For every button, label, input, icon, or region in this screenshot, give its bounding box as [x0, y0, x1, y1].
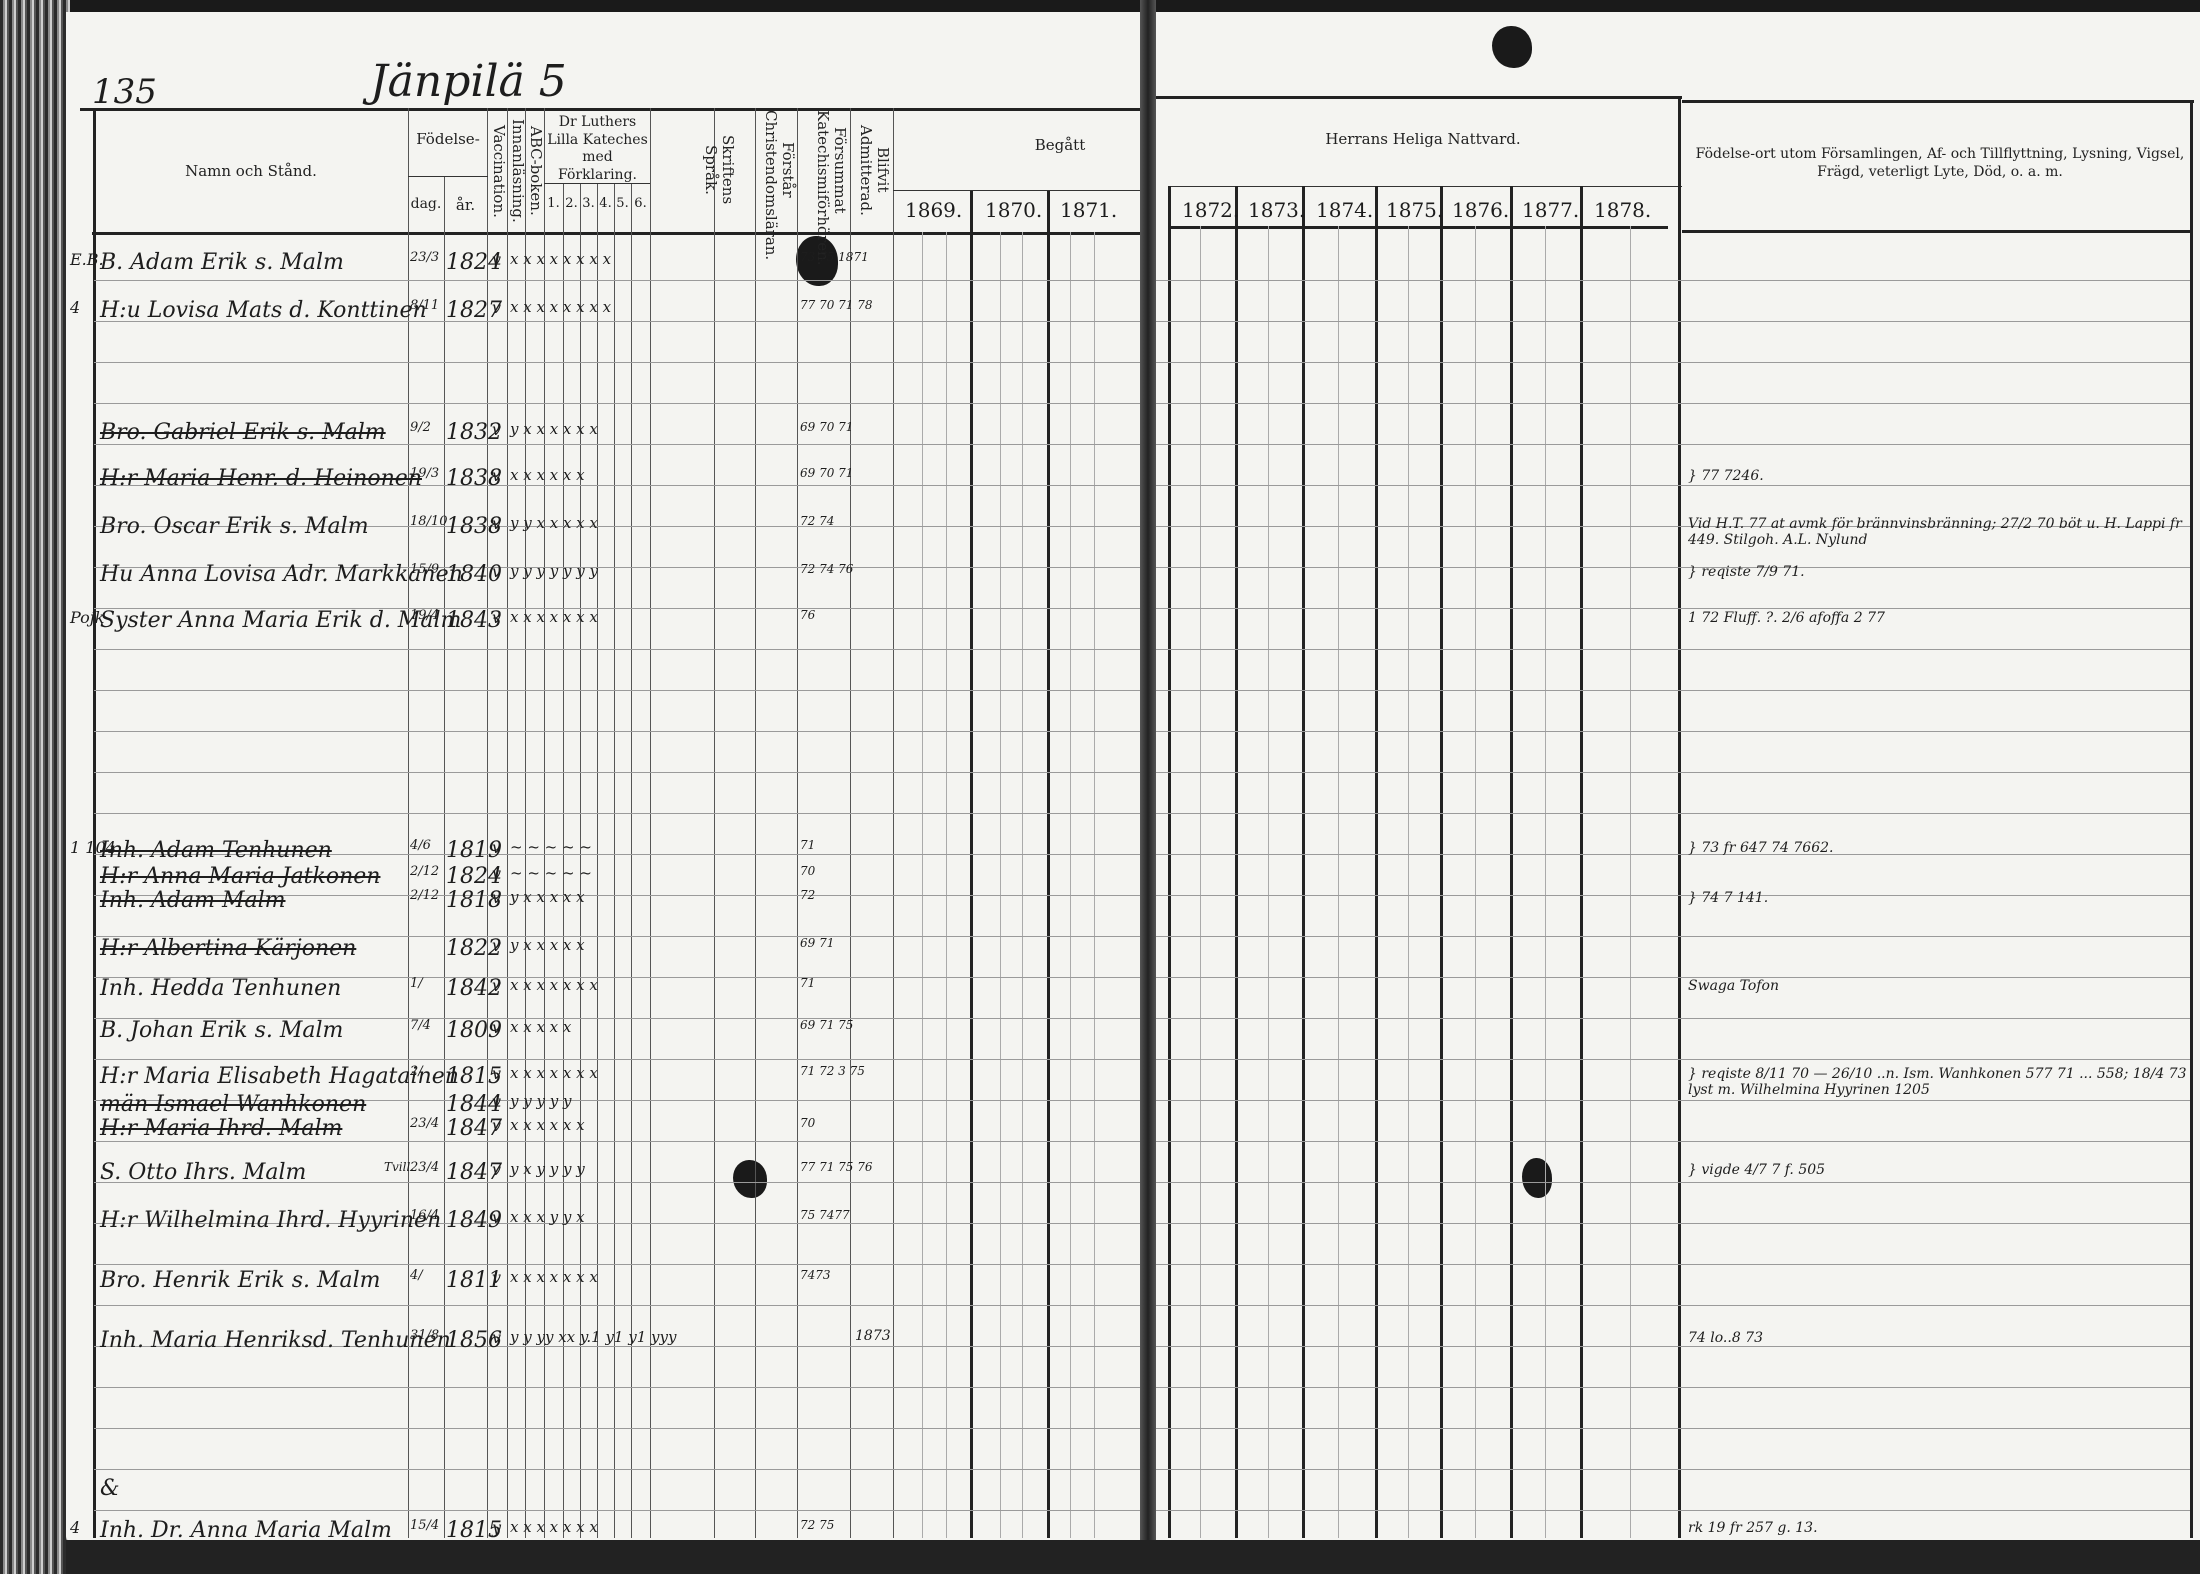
vaccination-mark: v [492, 514, 501, 533]
header-birth-day: dag. [408, 196, 444, 214]
sub-rule [408, 176, 488, 177]
header-admitted: Blifvit Admitterad. [853, 110, 891, 230]
notes-entry: Vid H.T. 77 at avmk för brännvinsbrännin… [1688, 516, 2188, 548]
catechism-marks: x x x x x x [510, 466, 585, 484]
catechism-marks: x x x x x x x [510, 1518, 598, 1536]
header-notes: Födelse-ort utom Församlingen, Af- och T… [1690, 146, 2190, 181]
vaccination-mark: v [492, 976, 501, 995]
vaccination-mark: v [492, 562, 501, 581]
year-divider [1375, 186, 1378, 1538]
year-1873: 1873. [1248, 198, 1305, 222]
catechism-marks: x x x x x x x [510, 1268, 598, 1286]
catechism-marks: ~ ~ ~ ~ ~ [510, 838, 592, 856]
row-rule [1156, 1264, 2190, 1265]
missed-hearings: 69 70 71 [800, 420, 853, 434]
row-rule [1156, 895, 2190, 896]
row-rule [1156, 567, 2190, 568]
notes-left-border [1678, 96, 1681, 1538]
catechism-marks: y y yy xx y.1 y1 y1 yyy [510, 1328, 676, 1346]
year-divider [970, 190, 973, 1538]
header-top-rule [1682, 100, 2194, 103]
notes-entry: } reqiste 8/11 70 — 26/10 ..n. Ism. Wanh… [1688, 1066, 2188, 1098]
year-1875: 1875. [1386, 198, 1443, 222]
header-bottom-rule [92, 232, 1140, 235]
missed-hearings: 71 [800, 838, 815, 852]
row-margin-note: 4 [70, 1518, 80, 1537]
header-missed: Försummat Katechismiförhören. [800, 110, 848, 230]
col-divider [850, 108, 851, 1538]
header-birth-year: år. [444, 196, 487, 215]
person-name: Inh. Hedda Tenhunen [100, 976, 341, 1001]
sub-col [1070, 232, 1071, 1538]
year-divider [1302, 186, 1305, 1538]
row-rule [1156, 403, 2190, 404]
notes-entry: } 73 fr 647 74 7662. [1688, 840, 1833, 856]
birth-day: 15/4 [410, 1518, 439, 1533]
row-rule [1156, 854, 2190, 855]
row-rule [1156, 936, 2190, 937]
notes-entry: 1 72 Fluff. ?. 2/6 afoffa 2 77 [1688, 610, 1885, 626]
row-rule [94, 649, 1140, 650]
col-divider [755, 108, 756, 1538]
person-name: Inh. Adam Malm [100, 888, 286, 913]
missed-hearings: 7473 [800, 1268, 831, 1282]
person-name: B. Adam Erik s. Malm [100, 250, 344, 275]
right-page [1152, 12, 2200, 1542]
missed-hearings: 71 72 3 75 [800, 1064, 865, 1078]
sub-col [1000, 232, 1001, 1538]
row-rule [94, 772, 1140, 773]
vaccination-mark: v [492, 420, 501, 439]
birth-day: 2/ [410, 1064, 423, 1079]
missed-hearings: 72 [800, 888, 815, 902]
vaccination-mark: v [492, 1018, 501, 1037]
row-rule [1156, 444, 2190, 445]
birth-day: 2/12 [410, 864, 439, 879]
missed-hearings: 73 75 1871 [800, 250, 869, 264]
birth-day: 7/4 [410, 1018, 431, 1033]
vaccination-mark: v [492, 1268, 501, 1287]
row-rule [94, 403, 1140, 404]
birth-day: 9/2 [410, 420, 431, 435]
missed-hearings: 77 70 71 78 [800, 298, 873, 312]
catechism-parts: 1. 2. 3. 4. 5. 6. [544, 196, 650, 211]
birth-day: 23/3 [410, 250, 439, 265]
catechism-marks: y y x x x x x [510, 514, 598, 532]
person-name: H:u Lovisa Mats d. Konttinen [100, 298, 427, 323]
catechism-marks: x x x y y x [510, 1208, 585, 1226]
header-birth: Födelse- [408, 130, 488, 149]
vaccination-mark: v [492, 1208, 501, 1227]
birth-day: 1/ [410, 976, 423, 991]
header-reading: Innanläsning. [508, 112, 526, 230]
year-1871: 1871. [1060, 198, 1117, 222]
row-rule [1156, 1428, 2190, 1429]
part-1: 1. [544, 196, 563, 211]
row-rule [94, 1428, 1140, 1429]
missed-hearings: 72 74 76 [800, 562, 853, 576]
header-begatt: Begått [1020, 136, 1100, 155]
row-rule [1156, 1305, 2190, 1306]
vaccination-mark: v [492, 250, 501, 269]
person-name: Inh. Adam Tenhunen [100, 838, 332, 863]
catechism-marks: ~ ~ ~ ~ ~ [510, 864, 592, 882]
row-rule [94, 280, 1140, 281]
birth-day: 18/10 [410, 514, 447, 529]
header-name: Namn och Stånd. [94, 162, 408, 181]
row-rule [1156, 813, 2190, 814]
row-rule [94, 1264, 1140, 1265]
year-divider [1235, 186, 1238, 1538]
row-rule [1156, 608, 2190, 609]
row-margin-note: 4 [70, 298, 80, 317]
notes-entry: } 77 7246. [1688, 468, 1764, 484]
header-top-rule [1156, 96, 1682, 99]
person-name: H:r Maria Ihrd. Malm [100, 1116, 342, 1141]
vaccination-mark: v [492, 936, 501, 955]
ink-blot [733, 1160, 767, 1198]
year-divider [1510, 186, 1513, 1538]
book-gutter [1140, 0, 1156, 1574]
year-1869: 1869. [905, 198, 962, 222]
row-rule [1156, 1346, 2190, 1347]
person-name: B. Johan Erik s. Malm [100, 1018, 343, 1043]
sub-col [1475, 226, 1476, 1538]
catechism-marks: x x x x x x x [510, 976, 598, 994]
header-christianity: Förstår Christendomsläran. [758, 110, 796, 230]
missed-hearings: 70 [800, 1116, 815, 1130]
twin-note: Tvill. [384, 1160, 414, 1174]
row-rule [1156, 1059, 2190, 1060]
year-1877: 1877. [1522, 198, 1579, 222]
vaccination-mark: v [492, 864, 501, 883]
person-name: S. Otto Ihrs. Malm [100, 1160, 306, 1185]
col-divider [714, 108, 715, 1538]
missed-hearings: 70 [800, 864, 815, 878]
sub-col [1408, 226, 1409, 1538]
row-rule [1156, 1510, 2190, 1511]
col-divider [525, 108, 526, 1538]
year-divider [1440, 186, 1443, 1538]
missed-hearings: 76 [800, 608, 815, 622]
sub-col [1630, 226, 1631, 1538]
page-number: 135 [92, 72, 157, 112]
col-divider [544, 108, 545, 1538]
year-1876: 1876. [1452, 198, 1509, 222]
part-2: 2. [563, 196, 580, 211]
row-rule [1156, 731, 2190, 732]
row-rule [1156, 772, 2190, 773]
header-vaccination: Vaccination. [489, 112, 507, 230]
catechism-marks: x x x x x x x [510, 608, 598, 626]
header-communion: Herrans Heliga Nattvard. [1168, 130, 1678, 149]
vaccination-mark: v [492, 1328, 501, 1347]
part-3: 3. [580, 196, 597, 211]
person-name: H:r Albertina Kärjonen [100, 936, 356, 961]
year-1870: 1870. [985, 198, 1042, 222]
vaccination-mark: v [492, 888, 501, 907]
sub-col [1022, 232, 1023, 1538]
col-divider [893, 108, 894, 1538]
left-border [93, 108, 96, 1538]
catechism-marks: x x x x x x x [510, 1064, 598, 1082]
catechism-marks: y y y y y y y [510, 562, 598, 580]
header-bottom-rule [1682, 230, 2192, 233]
person-name: män Ismael Wanhkonen [100, 1092, 366, 1117]
row-rule [1156, 1100, 2190, 1101]
row-rule [94, 731, 1140, 732]
year-1872: 1872. [1182, 198, 1239, 222]
col-divider [507, 108, 508, 1538]
row-rule [1156, 362, 2190, 363]
row-rule [94, 1305, 1140, 1306]
row-rule [94, 1510, 1140, 1511]
person-name: Bro. Oscar Erik s. Malm [100, 514, 369, 539]
catechism-marks: x x x x x [510, 1018, 571, 1036]
missed-hearings: 69 71 75 [800, 1018, 853, 1032]
notes-entry: } vigde 4/7 7 f. 505 [1688, 1162, 1825, 1178]
row-rule [94, 690, 1140, 691]
missed-hearings: 75 7477 [800, 1208, 850, 1222]
row-rule [94, 362, 1140, 363]
person-name: & [100, 1476, 120, 1501]
person-name: Hu Anna Lovisa Adr. Markkanen [100, 562, 463, 587]
birth-day: 31/8 [410, 1328, 439, 1343]
notes-entry: } 74 7 141. [1688, 890, 1768, 906]
row-rule [94, 1387, 1140, 1388]
birth-day: 23/4 [410, 1116, 439, 1131]
row-rule [94, 1059, 1140, 1060]
birth-day: 4/ [410, 1268, 423, 1283]
birth-day: 19/3 [410, 466, 439, 481]
header-bottom-rule [1168, 226, 1668, 229]
row-margin-note: E.B. [70, 250, 104, 269]
vaccination-mark: v [492, 298, 501, 317]
row-rule [94, 813, 1140, 814]
catechism-marks: y x x x x x [510, 936, 585, 954]
ink-blot [1522, 1158, 1552, 1198]
person-name: H:r Maria Henr. d. Heinonen [100, 466, 422, 491]
header-catechism: Dr Luthers Lilla Kateches med Förklaring… [545, 114, 650, 184]
vaccination-mark: v [492, 608, 501, 627]
missed-hearings: 77 71 75 76 [800, 1160, 873, 1174]
year-divider [1047, 190, 1050, 1538]
sub-col [1094, 232, 1095, 1538]
part-4: 4. [597, 196, 614, 211]
person-name: H:r Maria Elisabeth Hagatainen [100, 1064, 459, 1089]
row-rule [1156, 280, 2190, 281]
year-1874: 1874. [1316, 198, 1373, 222]
sub-col [1200, 226, 1201, 1538]
row-rule [1156, 1223, 2190, 1224]
birth-day: 2/12 [410, 888, 439, 903]
missed-hearings: 72 74 [800, 514, 834, 528]
row-rule [1156, 1387, 2190, 1388]
vaccination-mark: v [492, 1116, 501, 1135]
row-rule [1156, 1182, 2190, 1183]
birth-day: 19/4 [410, 608, 439, 623]
missed-hearings: 69 71 [800, 936, 834, 950]
sub-rule [1168, 186, 1682, 187]
sub-col [1268, 226, 1269, 1538]
notes-entry: Swaga Tofon [1688, 978, 1779, 994]
row-rule [94, 1469, 1140, 1470]
vaccination-mark: v [492, 1092, 501, 1111]
birth-day: 23/4 [410, 1160, 439, 1175]
admitted-year: 1873 [855, 1328, 891, 1344]
col-divider [797, 108, 798, 1538]
part-5: 5. [614, 196, 631, 211]
notes-entry: 74 lo..8 73 [1688, 1330, 1763, 1346]
book-spine [0, 0, 70, 1574]
year-divider [1168, 186, 1171, 1538]
header-abc-book: ABC-boken. [526, 112, 544, 230]
sub-col [1338, 226, 1339, 1538]
catechism-marks: y x x x x x x [510, 420, 598, 438]
catechism-marks: y x y y y y [510, 1160, 585, 1178]
notes-entry: } reqiste 7/9 71. [1688, 564, 1805, 580]
sub-rule [893, 190, 1140, 191]
missed-hearings: 69 70 71 [800, 466, 853, 480]
row-rule [1156, 690, 2190, 691]
birth-day: 8/11 [410, 298, 439, 313]
row-rule [1156, 649, 2190, 650]
catechism-marks: y x x x x x [510, 888, 585, 906]
vaccination-mark: v [492, 1160, 501, 1179]
person-name: Bro. Gabriel Erik s. Malm [100, 420, 386, 445]
person-name: Inh. Maria Henriksd. Tenhunen [100, 1328, 451, 1353]
left-page [66, 12, 1148, 1542]
vaccination-mark: v [492, 466, 501, 485]
catechism-marks: x x x x x x x x [510, 250, 611, 268]
row-rule [1156, 1018, 2190, 1019]
row-rule [1156, 1469, 2190, 1470]
row-rule [1156, 977, 2190, 978]
row-rule [1156, 321, 2190, 322]
village-title: Jänpilä 5 [370, 56, 567, 107]
person-name: H:r Wilhelmina Ihrd. Hyyrinen [100, 1208, 441, 1233]
birth-day: 16/4 [410, 1208, 439, 1223]
year-divider [1580, 186, 1583, 1538]
birth-day: 4/6 [410, 838, 431, 853]
catechism-marks: x x x x x x [510, 1116, 585, 1134]
row-rule [94, 1141, 1140, 1142]
col-divider [650, 108, 651, 1538]
person-name: H:r Anna Maria Jatkonen [100, 864, 380, 889]
vaccination-mark: v [492, 838, 501, 857]
sub-col [1545, 226, 1546, 1538]
sub-col [946, 232, 947, 1538]
catechism-marks: y y y y y [510, 1092, 571, 1110]
person-name: Syster Anna Maria Erik d. Malm [100, 608, 461, 633]
birth-day: 15/9 [410, 562, 439, 577]
notes-entry: rk 19 fr 257 g. 13. [1688, 1520, 1818, 1536]
vaccination-mark: v [492, 1064, 501, 1083]
header-top-rule [80, 108, 1140, 111]
year-1878: 1878. [1594, 198, 1651, 222]
row-rule [1156, 1141, 2190, 1142]
book-edge-shadow [66, 1540, 2200, 1574]
ink-blot [1492, 26, 1532, 68]
person-name: Bro. Henrik Erik s. Malm [100, 1268, 381, 1293]
part-6: 6. [631, 196, 650, 211]
missed-hearings: 71 [800, 976, 815, 990]
row-rule [1156, 485, 2190, 486]
header-scripture-lang: Skriftens Språk. [716, 110, 736, 230]
notes-right-border [2190, 100, 2193, 1538]
sub-col [922, 232, 923, 1538]
missed-hearings: 72 75 [800, 1518, 834, 1532]
vaccination-mark: y [492, 1518, 501, 1537]
catechism-marks: x x x x x x x x [510, 298, 611, 316]
